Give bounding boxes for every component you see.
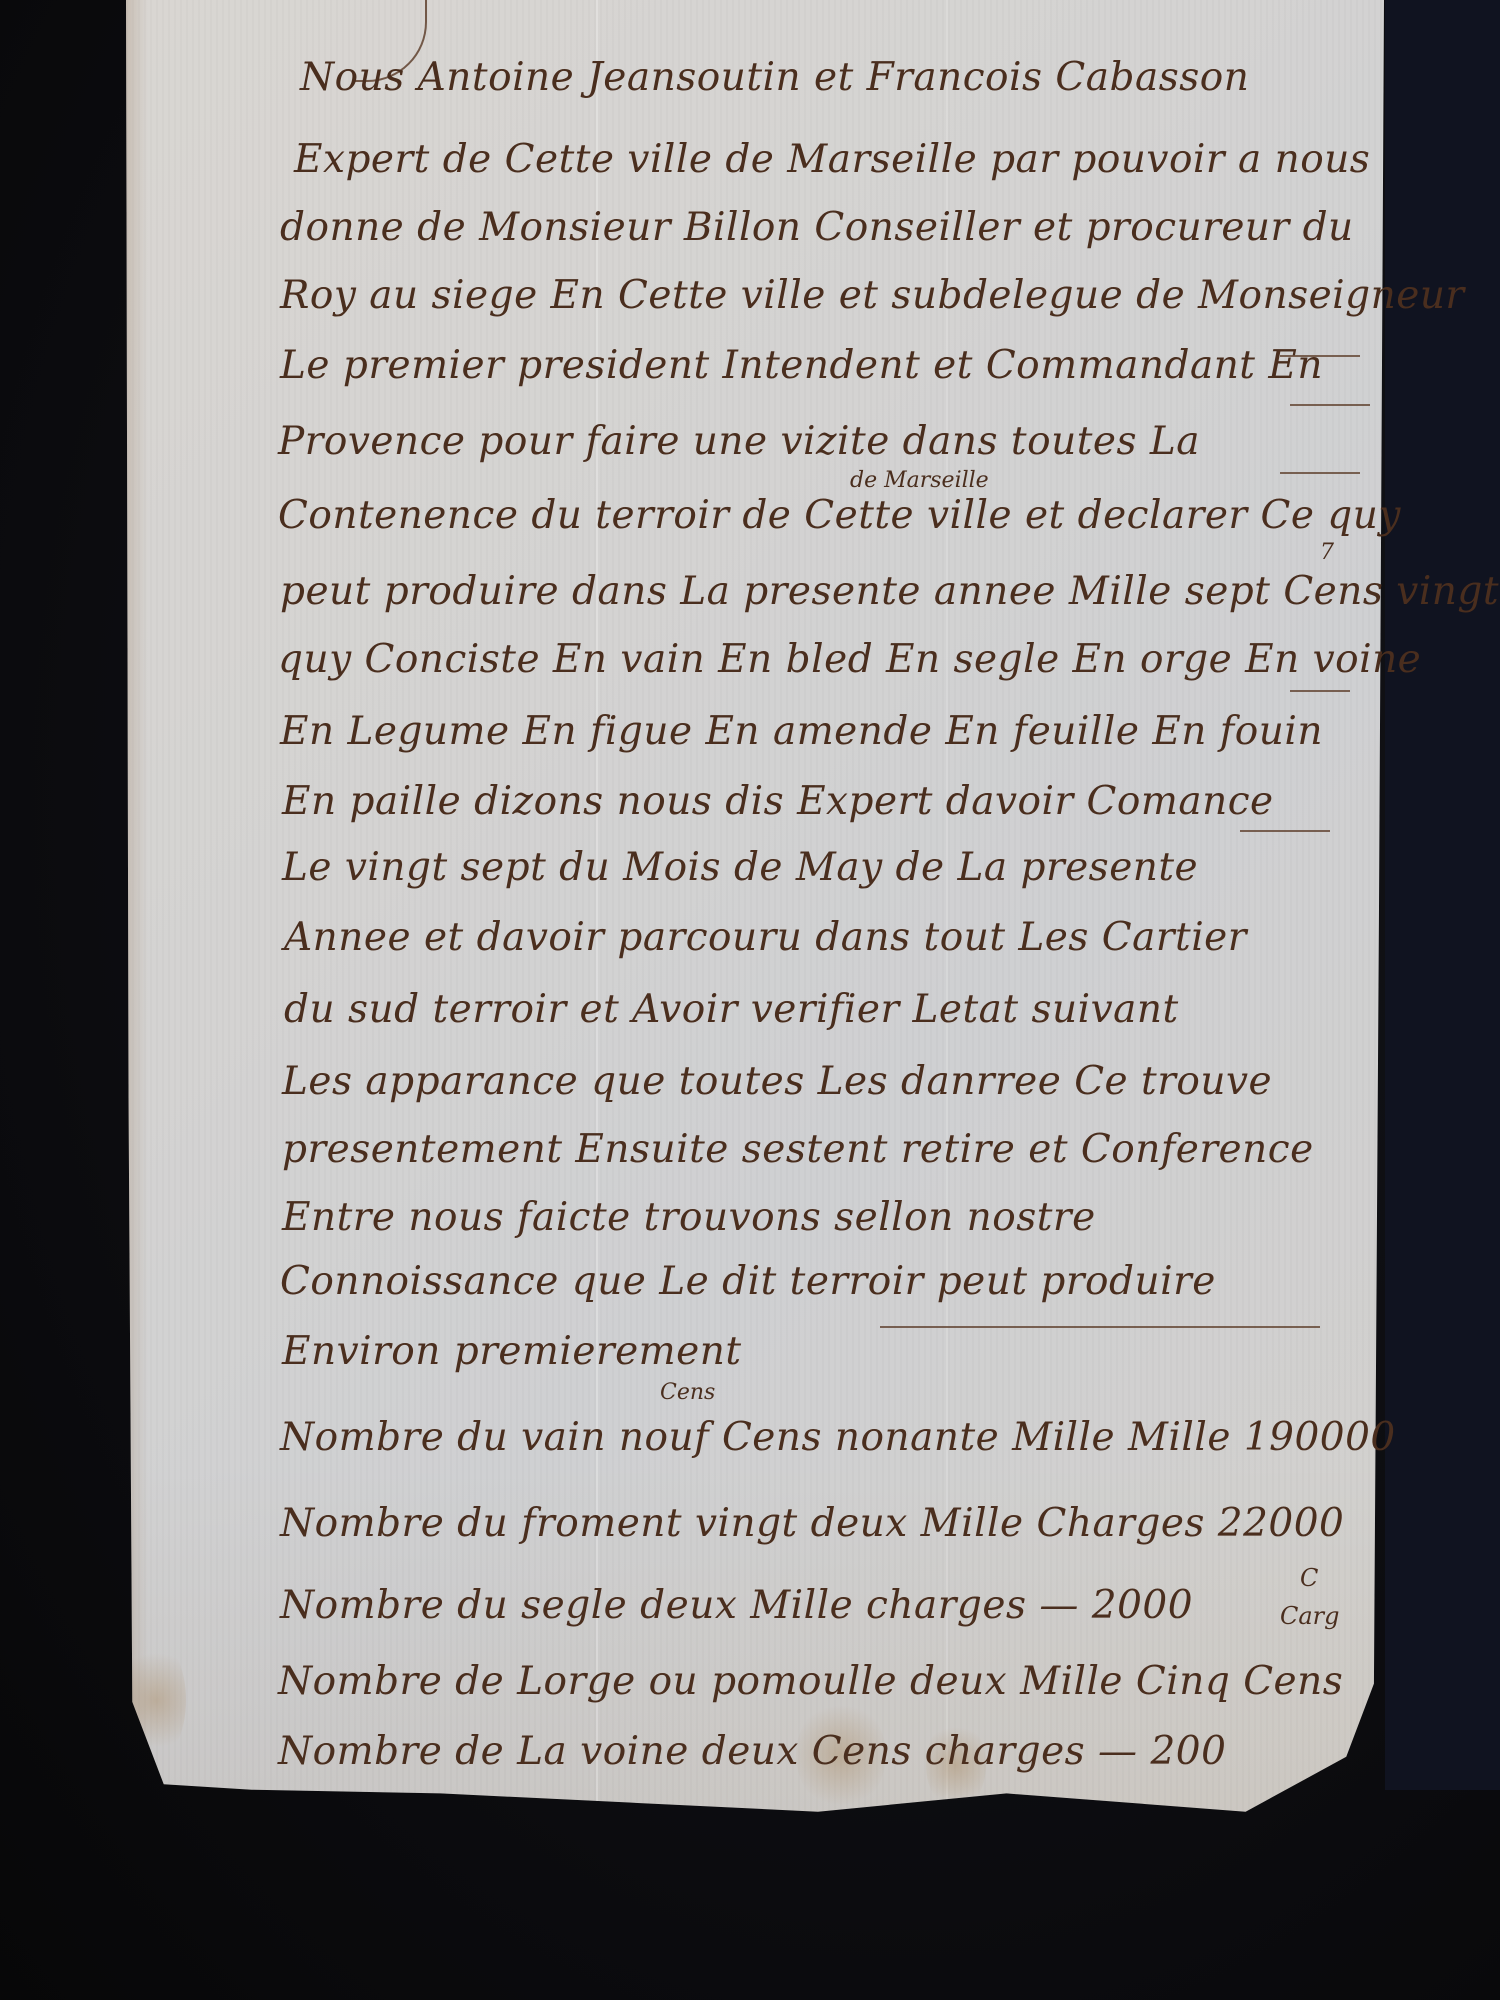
- text-line-6: Provence pour faire une vizite dans tout…: [278, 422, 1200, 461]
- text-line-3: donne de Monsieur Billon Conseiller et p…: [280, 208, 1354, 247]
- text-line-12: Le vingt sept du Mois de May de La prese…: [282, 848, 1198, 887]
- text-line-23: Nombre de Lorge ou pomoulle deux Mille C…: [278, 1662, 1343, 1701]
- line-filler-stroke: [1290, 690, 1350, 692]
- text-line-18: Connoissance que Le dit terroir peut pro…: [280, 1262, 1216, 1301]
- text-line-7: Contenence du terroir de Cette ville et …: [278, 496, 1401, 535]
- text-line-15: Les apparance que toutes Les danrree Ce …: [282, 1062, 1272, 1101]
- text-line-24: Nombre de La voine deux Cens charges — 2…: [278, 1732, 1226, 1771]
- line-filler-stroke: [1290, 404, 1370, 406]
- line-filler-stroke: [1280, 355, 1360, 357]
- text-line-5: Le premier president Intendent et Comman…: [280, 346, 1323, 385]
- dark-blue-backing: [1385, 0, 1500, 1790]
- text-line-1: Nous Antoine Jeansoutin et Francois Caba…: [300, 58, 1249, 97]
- text-line-20: Nombre du vain nouf Cens nonante Mille M…: [280, 1418, 1396, 1457]
- text-line-19: Environ premierement: [282, 1332, 742, 1371]
- line-filler-stroke: [880, 1326, 1320, 1328]
- interlinear-insertion: de Marseille: [850, 468, 989, 493]
- text-line-22: Nombre du segle deux Mille charges — 200…: [280, 1586, 1193, 1625]
- text-line-8: peut produire dans La presente annee Mil…: [280, 572, 1499, 611]
- line-filler-stroke: [1240, 830, 1330, 832]
- text-line-2: Expert de Cette ville de Marseille par p…: [294, 140, 1370, 179]
- text-line-9: quy Conciste En vain En bled En segle En…: [278, 640, 1421, 679]
- text-line-4: Roy au siege En Cette ville et subdelegu…: [280, 276, 1465, 315]
- text-line-17: Entre nous faicte trouvons sellon nostre: [282, 1198, 1096, 1237]
- text-line-10: En Legume En figue En amende En feuille …: [280, 712, 1323, 751]
- text-line-13: Annee et davoir parcouru dans tout Les C…: [284, 918, 1247, 957]
- interlinear-insertion: Cens: [660, 1380, 715, 1405]
- text-line-11: En paille dizons nous dis Expert davoir …: [282, 782, 1274, 821]
- unit-mark-c: C: [1300, 1564, 1318, 1592]
- interlinear-insertion: 7: [1320, 540, 1334, 565]
- text-line-14: du sud terroir et Avoir verifier Letat s…: [284, 990, 1179, 1029]
- line-filler-stroke: [1280, 472, 1360, 474]
- unit-mark-carg: Carg: [1280, 1602, 1340, 1630]
- text-line-16: presentement Ensuite sestent retire et C…: [282, 1130, 1314, 1169]
- text-line-21: Nombre du froment vingt deux Mille Charg…: [280, 1504, 1344, 1543]
